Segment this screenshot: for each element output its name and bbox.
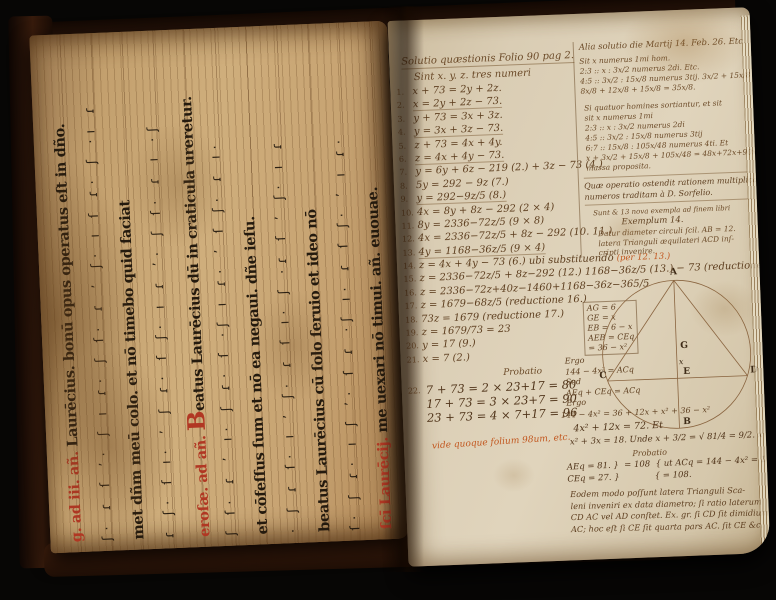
exemplum-body: Datur diameter circuli ſcil. AB = 12.lat… <box>598 224 737 258</box>
gothic-text: et cōfeſſus ſum et nō ea negaui. dñe ieſ… <box>241 216 271 535</box>
ratio-lines: Sit x numerus 1mi hom.2:3 :: x : 3x∕2 nu… <box>579 49 770 96</box>
label-G: G <box>680 341 688 351</box>
four-men-paragraph: Si quatuor homines sortiantur, et sitsit… <box>584 94 770 174</box>
probatio-label: Probatio <box>503 366 542 377</box>
red-footnote: vide quoque folium 98um, etc. <box>432 433 571 452</box>
label-E: E <box>683 367 690 377</box>
probatio2-lines: AEq = 81. } = 108 { ut ACq = 144 − 4x² =… <box>567 453 771 486</box>
left-manuscript-page: g. ad iii. añ. Laurēcius. bonū opus oper… <box>29 21 408 554</box>
probatio2-label: Probatio <box>632 448 667 458</box>
right-notes-page: Solutio quæstionis Folio 90 pag 2. Sint … <box>388 7 771 566</box>
label-x: x <box>679 357 684 366</box>
rubric-text: ſcī Laurēcij. <box>374 432 395 529</box>
rubric-text: g. ad iii. añ. <box>65 446 86 542</box>
gothic-text: me uexari nō timui. añ. euouae. <box>364 187 391 433</box>
closing-paragraph: Eodem modo poſſunt latera Trianguli Sca-… <box>570 484 769 535</box>
rubric-text: B <box>181 411 211 432</box>
rubric-text: eroſæ. ad añ. <box>192 431 213 538</box>
label-D: D <box>750 365 758 375</box>
label-C: C <box>599 371 607 381</box>
probatio-number: 22. <box>408 386 421 395</box>
label-B: B <box>683 417 691 427</box>
label-A: A <box>669 267 678 277</box>
equations-intro: Sint x. y. z. tres numeri <box>414 68 532 83</box>
page-title: Solutio quæstionis Folio 90 pag 2. <box>401 50 574 70</box>
manuscript-photo: g. ad iii. añ. Laurēcius. bonū opus oper… <box>0 0 776 600</box>
probatio-lines: 7 + 73 = 2 × 23+17 = 8017 + 73 = 3 × 23+… <box>426 377 578 425</box>
gothic-text: beatus Laurēcius cū ſolo ſeruio et ideo … <box>303 209 333 532</box>
gothic-text: Laurēcius. bonū opus operatus eſt in dño… <box>51 123 82 447</box>
